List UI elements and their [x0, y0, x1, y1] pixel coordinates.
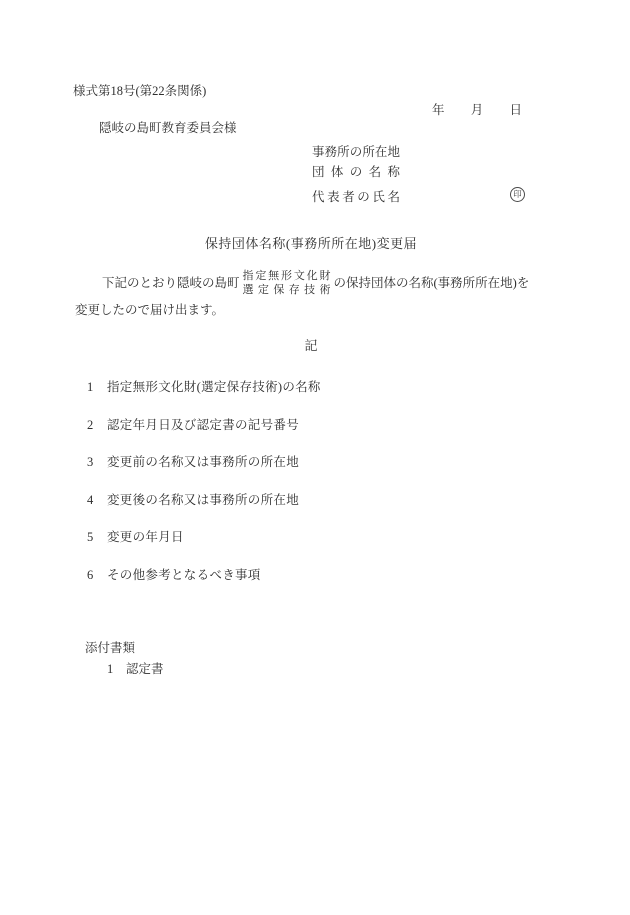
attachments-heading: 添付書類	[85, 641, 164, 655]
date-day-label: 日	[509, 103, 522, 117]
date-month-label: 月	[471, 103, 484, 117]
document-title: 保持団体名称(事務所所在地)変更届	[0, 237, 622, 251]
paragraph-lead: 下記のとおり隠岐の島町	[102, 276, 240, 290]
item-label: 変更後の名称又は事務所の所在地	[107, 493, 299, 507]
list-item: 3 変更前の名称又は事務所の所在地	[87, 455, 321, 469]
date-line: 年 月 日	[432, 103, 522, 117]
list-item: 4 変更後の名称又は事務所の所在地	[87, 493, 321, 507]
form-page: 様式第18号(第22条関係) 年 月 日 隠岐の島町教育委員会様 事務所の所在地…	[0, 0, 630, 915]
list-item: 6 その他参考となるべき事項	[87, 568, 321, 582]
item-label: 認定年月日及び認定書の記号番号	[107, 418, 299, 432]
attachments-section: 添付書類 1 認定書	[85, 641, 164, 676]
attachment-number: 1	[107, 662, 126, 676]
seal-mark-icon: 印	[510, 187, 525, 202]
form-number: 様式第18号(第22条関係)	[73, 84, 206, 98]
attachment-item: 1 認定書	[85, 662, 164, 676]
stack-top-label: 指定無形文化財	[243, 269, 331, 283]
item-label: 変更前の名称又は事務所の所在地	[107, 455, 299, 469]
numbered-list: 1 指定無形文化財(選定保存技術)の名称 2 認定年月日及び認定書の記号番号 3…	[87, 380, 321, 582]
item-number: 4	[87, 493, 107, 507]
org-name-label: 団体の名称	[312, 165, 400, 179]
representative-name-label: 代表者の氏名	[312, 190, 400, 204]
item-number: 6	[87, 568, 107, 582]
item-number: 1	[87, 380, 107, 394]
item-number: 2	[87, 418, 107, 432]
stack-bottom-label: 選定保存技術	[243, 283, 331, 297]
list-item: 1 指定無形文化財(選定保存技術)の名称	[87, 380, 321, 394]
attachment-label: 認定書	[126, 662, 164, 676]
item-label: その他参考となるべき事項	[107, 568, 261, 582]
designated-property-stack: 指定無形文化財 選定保存技術	[243, 269, 331, 297]
item-number: 3	[87, 455, 107, 469]
list-item: 2 認定年月日及び認定書の記号番号	[87, 418, 321, 432]
item-number: 5	[87, 530, 107, 544]
list-item: 5 変更の年月日	[87, 530, 321, 544]
paragraph-tail: の保持団体の名称(事務所所在地)を	[334, 276, 530, 290]
addressee: 隠岐の島町教育委員会様	[99, 121, 237, 135]
paragraph-line-1: 下記のとおり隠岐の島町 指定無形文化財 選定保存技術 の保持団体の名称(事務所所…	[102, 269, 535, 297]
body-paragraph: 下記のとおり隠岐の島町 指定無形文化財 選定保存技術 の保持団体の名称(事務所所…	[75, 269, 535, 317]
item-label: 指定無形文化財(選定保存技術)の名称	[107, 380, 321, 394]
date-year-label: 年	[432, 103, 445, 117]
item-label: 変更の年月日	[107, 530, 184, 544]
record-marker: 記	[0, 339, 622, 353]
paragraph-line-2: 変更したので届け出ます。	[75, 303, 535, 317]
office-address-label: 事務所の所在地	[312, 145, 400, 159]
